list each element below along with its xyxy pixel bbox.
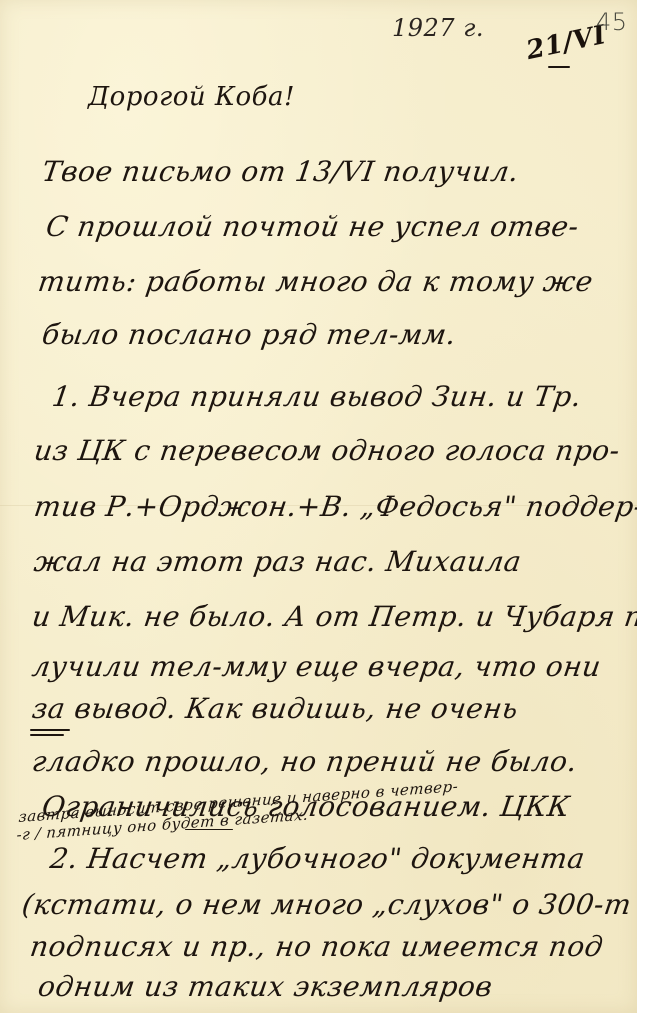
letter-line-5: 1. Вчера приняли вывод Зин. и Тр.	[50, 380, 584, 413]
za-underline-2	[30, 734, 64, 736]
scan-margin-bottom	[0, 1013, 656, 1030]
archive-folio-number: 45	[596, 8, 628, 36]
letter-line-3: тить: работы много да к тому же	[36, 265, 595, 298]
letter-page: 1927 г. 21/VI 45 Дорогой Коба! Твое пись…	[0, 0, 637, 1013]
letter-line-1: Твое письмо от 13/VI получил.	[40, 155, 521, 188]
letter-line-12: гладко прошло, но прений не было.	[30, 745, 579, 778]
scan-margin-right	[637, 0, 656, 1030]
letter-line-11: за вывод. Как видишь, не очень	[30, 692, 520, 725]
letter-line-16: подписях и пр., но пока имеется под	[28, 930, 605, 963]
letter-line-4: было послано ряд тел-мм.	[40, 318, 458, 351]
letter-line-17: одним из таких экземпляров	[36, 970, 495, 1003]
date-underline	[548, 66, 570, 68]
letter-year: 1927 г.	[392, 14, 484, 42]
letter-line-8: жал на этот раз нас. Михаила	[32, 545, 524, 578]
letter-line-9: и Мик. не было. А от Петр. и Чубаря по-	[30, 600, 656, 633]
za-underline-1	[30, 729, 70, 731]
letter-line-7: тив Р.+Орджон.+В. „Федосья" поддер-	[32, 490, 646, 523]
letter-line-6: из ЦК с перевесом одного голоса про-	[32, 434, 622, 467]
letter-line-14: 2. Насчет „лубочного" документа	[48, 842, 587, 875]
letter-line-10: лучили тел-мму еще вчера, что они	[30, 650, 603, 683]
letter-line-2: С прошлой почтой не успел отве-	[44, 210, 581, 243]
letter-line-15: (кстати, о нем много „слухов" о 300-т	[20, 888, 634, 921]
letter-salutation: Дорогой Коба!	[88, 82, 295, 112]
